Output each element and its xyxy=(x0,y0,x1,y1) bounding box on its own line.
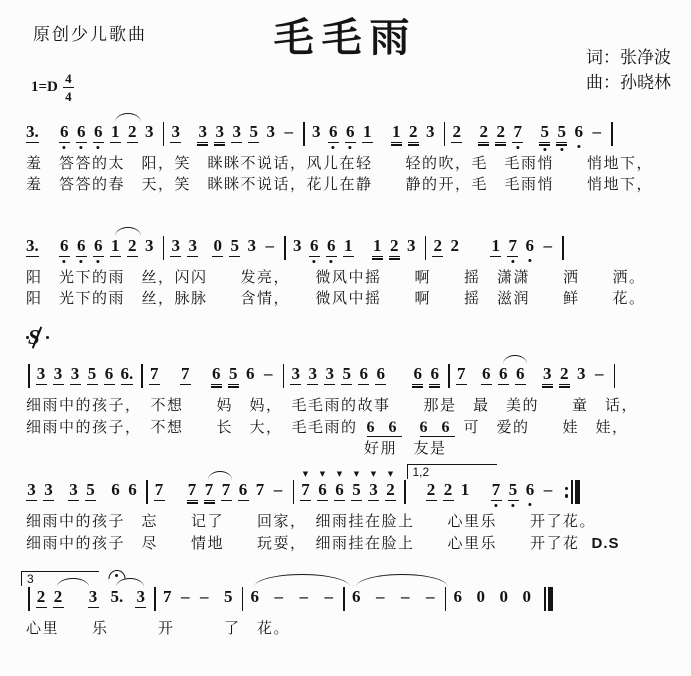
note-token: 2 xyxy=(389,236,400,257)
lyrics-row: 阳 光下的雨 丝，脉脉 含情， 微风中摇 啊 摇 滋润 鲜 花。 xyxy=(26,289,685,310)
note-token: 2 xyxy=(127,122,138,143)
note-token: 7 xyxy=(162,587,173,607)
note-token: 7 xyxy=(512,122,523,143)
note-token: 7 xyxy=(456,364,467,385)
notes-row: 333566.77656–333566667666323– xyxy=(26,364,685,396)
lyrics-text: 心里 乐 开 了 花。 xyxy=(26,621,290,637)
note-token: 7 xyxy=(204,480,215,501)
note-token: 3 xyxy=(406,236,417,256)
note-token: 6 xyxy=(429,364,440,385)
rest-token: 0 xyxy=(475,587,486,607)
note-token: 6 xyxy=(358,364,369,385)
barline xyxy=(146,480,148,504)
note-token: 3 xyxy=(425,122,436,142)
barline xyxy=(445,587,447,611)
note-token: 1 xyxy=(110,122,121,143)
barline xyxy=(444,122,446,146)
dash-token: – xyxy=(282,122,295,142)
note-token: 6 xyxy=(59,236,70,257)
lyrics-text: 好朋 友是 xyxy=(364,441,447,457)
note-token: 1 xyxy=(362,122,373,143)
time-fraction-line xyxy=(63,87,74,89)
thin-bar xyxy=(544,587,546,611)
dash-token: – xyxy=(593,364,606,384)
note-token: 6 xyxy=(412,364,423,385)
note-token: 3 xyxy=(43,480,54,501)
barline xyxy=(163,122,165,146)
lyrics-text: 细雨中的孩子， 不想 妈 妈， 毛毛雨的故事 那是 最 美的 童 话， xyxy=(26,398,638,414)
dash-token: – xyxy=(198,587,211,607)
inline-note-tokens: 6 6 xyxy=(367,419,402,437)
notes-row: 3.666123333353–36611232227556– xyxy=(26,122,685,154)
note-token: 3 xyxy=(292,236,303,256)
dash-token: – xyxy=(542,480,555,500)
lyricist-credit: 词：张净波 xyxy=(586,46,671,71)
inline-note-tokens: 6 6 xyxy=(420,419,455,437)
rest-token: 0 xyxy=(521,587,532,607)
note-token: 3 xyxy=(290,364,301,385)
note-token: 2 xyxy=(478,122,489,143)
note-token: 6 xyxy=(245,364,256,384)
note-token: 6 xyxy=(328,122,339,143)
note-token: 6 xyxy=(309,236,320,257)
note-token: 5 xyxy=(229,236,240,257)
lyrics-row: 细雨中的孩子 忘 记了 回家， 细雨挂在脸上 心里乐 开了花。 xyxy=(26,512,685,533)
note-token: 1 xyxy=(110,236,121,257)
note-token: 6 xyxy=(525,480,536,500)
dash-token: – xyxy=(272,587,285,607)
note-token: 5. xyxy=(111,587,124,607)
note-token: 1 xyxy=(460,480,471,500)
note-token: 3 xyxy=(246,236,257,256)
note-token: 3 xyxy=(36,364,47,385)
staccato-mark: ▼ xyxy=(354,471,359,478)
note-token: 5▼ xyxy=(351,480,362,501)
note-token: 6 xyxy=(104,364,115,385)
note-token: 3 xyxy=(170,122,181,143)
lyrics-row: 羞 答答的春 天，笑 眯眯不说话，花儿在静 静的开，毛 毛雨悄 悄地下， xyxy=(26,175,685,196)
barline xyxy=(28,364,30,388)
notation-system-4: 333566777767–7▼6▼6▼5▼3▼2▼1,2221756–细雨中的孩… xyxy=(26,480,685,555)
time-bottom: 4 xyxy=(65,90,72,103)
note-token: 5 xyxy=(248,122,259,143)
staccato-mark: ▼ xyxy=(303,471,308,478)
segno-row: S xyxy=(28,326,685,352)
note-token: 3. xyxy=(26,236,39,257)
note-token: 1 xyxy=(343,236,354,257)
note-token: 6 xyxy=(249,587,260,607)
barline xyxy=(303,122,305,146)
note-token: 5 xyxy=(228,364,239,385)
note-token: 3 xyxy=(88,587,99,608)
note-token: 3▼ xyxy=(368,480,379,501)
lyrics-row: 好朋 友是 xyxy=(364,439,685,460)
barline xyxy=(163,236,165,260)
rest-token: 0 xyxy=(498,587,509,607)
repeat-end-barline xyxy=(565,480,581,504)
note-token: 6 xyxy=(76,122,87,143)
barline xyxy=(154,587,156,611)
dash-token: – xyxy=(322,587,335,607)
note-token: 3 xyxy=(53,364,64,385)
note-token: 3 xyxy=(68,480,79,501)
note-token: 3 xyxy=(324,364,335,385)
note-token: 6 xyxy=(351,587,362,607)
note-token: 3 xyxy=(307,364,318,385)
final-barline xyxy=(544,587,553,611)
note-token: 6 xyxy=(515,364,526,385)
repeat-dots xyxy=(565,487,569,498)
slur-arc xyxy=(503,355,527,364)
note-token: 3 xyxy=(144,236,155,256)
note-token: 6 xyxy=(375,364,386,385)
note-token: 6 xyxy=(326,236,337,257)
note-token: 3 xyxy=(144,122,155,142)
note-token: 3 xyxy=(70,364,81,385)
dash-token: – xyxy=(424,587,437,607)
note-token: 6 xyxy=(127,480,138,500)
key-label: 1=D xyxy=(31,79,58,96)
note-token: 5 xyxy=(341,364,352,385)
volta-bracket: 1,2 xyxy=(407,464,497,479)
rest-token: 0 xyxy=(212,236,223,257)
note-token: 3 xyxy=(187,236,198,257)
note-token: 3 xyxy=(542,364,553,385)
note-token: 6 xyxy=(238,480,249,501)
note-token: 7 xyxy=(221,480,232,501)
note-token: 2 xyxy=(53,587,64,608)
barline xyxy=(614,364,616,388)
lyrics-row: 心里 乐 开 了 花。 xyxy=(26,619,685,640)
key-time-signature: 1=D 4 4 xyxy=(31,72,74,103)
lyrics-text: 阳 光下的雨 丝，脉脉 含情， 微风中摇 啊 摇 滋润 鲜 花。 xyxy=(26,291,646,307)
thick-bar xyxy=(575,480,580,504)
thick-bar xyxy=(548,587,553,611)
segno-icon: S xyxy=(28,326,46,350)
repeat-dot xyxy=(565,487,569,491)
note-token: 7 xyxy=(149,364,160,385)
note-token: 7 xyxy=(507,236,518,257)
barline xyxy=(343,587,345,611)
barline xyxy=(141,364,143,388)
lyrics-text: 细雨中的孩子 忘 记了 回家， 细雨挂在脸上 心里乐 开了花。 xyxy=(26,514,596,530)
barline xyxy=(283,364,285,388)
note-token: 6 xyxy=(452,587,463,607)
time-top: 4 xyxy=(65,72,72,85)
note-token: 6 xyxy=(524,236,535,256)
note-token: 5 xyxy=(87,364,98,385)
note-token: 3 xyxy=(135,587,146,608)
notes-row: 32235.37––56–––6–––6000 xyxy=(26,587,685,619)
dash-token: – xyxy=(374,587,387,607)
note-token: 1 xyxy=(490,236,501,257)
dash-token: – xyxy=(262,364,275,384)
repeat-dot xyxy=(565,494,569,498)
note-token: 2 xyxy=(495,122,506,143)
barline xyxy=(28,587,30,611)
note-token: 2 xyxy=(432,236,443,257)
segno-dot xyxy=(26,336,29,339)
dash-token: – xyxy=(272,480,285,500)
note-token: 6 xyxy=(110,480,121,500)
note-token: 6 xyxy=(498,364,509,385)
lyrics-text: 可 爱的 娃 娃， xyxy=(464,420,629,436)
notation-system-2: 3.66612333053–366112322176–阳 光下的雨 丝，闪闪 发… xyxy=(26,236,685,310)
note-token: 6 xyxy=(93,122,104,143)
dash-token: – xyxy=(297,587,310,607)
composer-credit: 曲：孙晓林 xyxy=(586,71,671,96)
note-token: 6▼ xyxy=(317,480,328,501)
note-token: 3 xyxy=(576,364,587,384)
lyrics-text: 细雨中的孩子 尽 情地 玩耍， 细雨挂在脸上 心里乐 开了花 xyxy=(26,536,580,552)
slur-arc xyxy=(115,227,141,236)
lyrics-row: 细雨中的孩子， 不想 长 大， 毛毛雨的6 66 6可 爱的 娃 娃， xyxy=(26,417,685,439)
lyrics-row: 细雨中的孩子， 不想 妈 妈， 毛毛雨的故事 那是 最 美的 童 话， xyxy=(26,396,685,417)
note-token: 1 xyxy=(372,236,383,257)
barline xyxy=(448,364,450,388)
lyrics-text: 羞 答答的春 天，笑 眯眯不说话，花儿在静 静的开，毛 毛雨悄 悄地下， xyxy=(26,177,653,193)
credits: 词：张净波 曲：孙晓林 xyxy=(586,46,671,95)
note-token: 2 xyxy=(127,236,138,257)
slur-arc xyxy=(208,471,232,480)
note-token: 3 xyxy=(311,122,322,142)
note-token: 1 xyxy=(391,122,402,143)
staccato-mark: ▼ xyxy=(388,471,393,478)
note-token: 3 xyxy=(26,480,37,501)
tie-arc xyxy=(254,574,350,587)
note-token: 3 xyxy=(170,236,181,257)
thin-bar xyxy=(571,480,573,504)
barline xyxy=(425,236,427,260)
segno-dot xyxy=(46,336,49,339)
dash-token: – xyxy=(179,587,192,607)
barline xyxy=(284,236,286,260)
notes-row: 333566777767–7▼6▼6▼5▼3▼2▼1,2221756– xyxy=(26,480,685,512)
note-token: 3 xyxy=(265,122,276,142)
notation-system-3: S333566.77656–333566667666323–细雨中的孩子， 不想… xyxy=(26,326,685,460)
note-token: 3 xyxy=(197,122,208,143)
note-token: 2 xyxy=(559,364,570,385)
lyrics-row: 细雨中的孩子 尽 情地 玩耍， 细雨挂在脸上 心里乐 开了花D.S xyxy=(26,533,685,555)
slur-arc xyxy=(116,578,144,587)
dash-token: – xyxy=(541,236,554,256)
fermata-icon xyxy=(108,570,125,579)
note-token: 7 xyxy=(187,480,198,501)
note-token: 6 xyxy=(59,122,70,143)
slur-arc xyxy=(115,113,141,122)
tie-arc xyxy=(356,574,448,587)
ds-marking: D.S xyxy=(592,535,620,552)
lyrics-row: 羞 答答的太 阳，笑 眯眯不说话，风儿在轻 轻的吹，毛 毛雨悄 悄地下， xyxy=(26,154,685,175)
note-token: 5 xyxy=(539,122,550,143)
notes-row: 3.66612333053–366112322176– xyxy=(26,236,685,268)
dash-token: – xyxy=(399,587,412,607)
note-token: 6 xyxy=(211,364,222,385)
note-token: 3 xyxy=(214,122,225,143)
note-token: 7▼ xyxy=(300,480,311,501)
note-token: 3. xyxy=(26,122,39,143)
note-token: 7 xyxy=(255,480,266,500)
lyrics-text: 细雨中的孩子， 不想 长 大， 毛毛雨的 xyxy=(26,420,358,436)
lyrics-text: 羞 答答的太 阳，笑 眯眯不说话，风儿在轻 轻的吹，毛 毛雨悄 悄地下， xyxy=(26,156,653,172)
lyrics-row: 阳 光下的雨 丝，闪闪 发亮， 微风中摇 啊 摇 潇潇 洒 洒。 xyxy=(26,268,685,289)
note-token: 2 xyxy=(449,236,460,256)
note-token: 6. xyxy=(121,364,134,385)
note-token: 2 xyxy=(443,480,454,501)
note-token: 7 xyxy=(491,480,502,501)
note-token: 5 xyxy=(85,480,96,501)
note-token: 6 xyxy=(76,236,87,257)
staccato-mark: ▼ xyxy=(337,471,342,478)
note-token: 3 xyxy=(231,122,242,143)
time-signature: 4 4 xyxy=(63,72,74,103)
note-token: 2 xyxy=(408,122,419,143)
note-token: 6▼ xyxy=(334,480,345,501)
note-token: 6 xyxy=(93,236,104,257)
note-token: 5 xyxy=(556,122,567,143)
note-token: 6 xyxy=(573,122,584,142)
note-token: 5 xyxy=(223,587,234,607)
note-token: 5 xyxy=(508,480,519,501)
notation-systems: 3.666123333353–36611232227556–羞 答答的太 阳，笑… xyxy=(26,110,685,640)
note-token: 6 xyxy=(481,364,492,385)
note-token: 2 xyxy=(426,480,437,501)
barline xyxy=(242,587,244,611)
barline xyxy=(293,480,295,504)
note-token: 2 xyxy=(36,587,47,608)
sheet-music-page: 原创少儿歌曲 毛毛雨 词：张净波 曲：孙晓林 1=D 4 4 3.6661233… xyxy=(0,0,691,676)
note-token: 2▼ xyxy=(385,480,396,501)
barline xyxy=(611,122,613,146)
staccato-mark: ▼ xyxy=(371,471,376,478)
staccato-mark: ▼ xyxy=(320,471,325,478)
barline xyxy=(562,236,564,260)
notation-system-5: 32235.37––56–––6–––6000心里 乐 开 了 花。 xyxy=(26,587,685,640)
note-token: 2 xyxy=(451,122,462,143)
dash-token: – xyxy=(263,236,276,256)
note-token: 7 xyxy=(180,364,191,385)
barline xyxy=(404,480,406,504)
note-token: 7 xyxy=(154,480,165,501)
dash-token: – xyxy=(590,122,603,142)
note-token: 6 xyxy=(345,122,356,143)
lyrics-text: 阳 光下的雨 丝，闪闪 发亮， 微风中摇 啊 摇 潇潇 洒 洒。 xyxy=(26,270,646,286)
notation-system-1: 3.666123333353–36611232227556–羞 答答的太 阳，笑… xyxy=(26,122,685,196)
